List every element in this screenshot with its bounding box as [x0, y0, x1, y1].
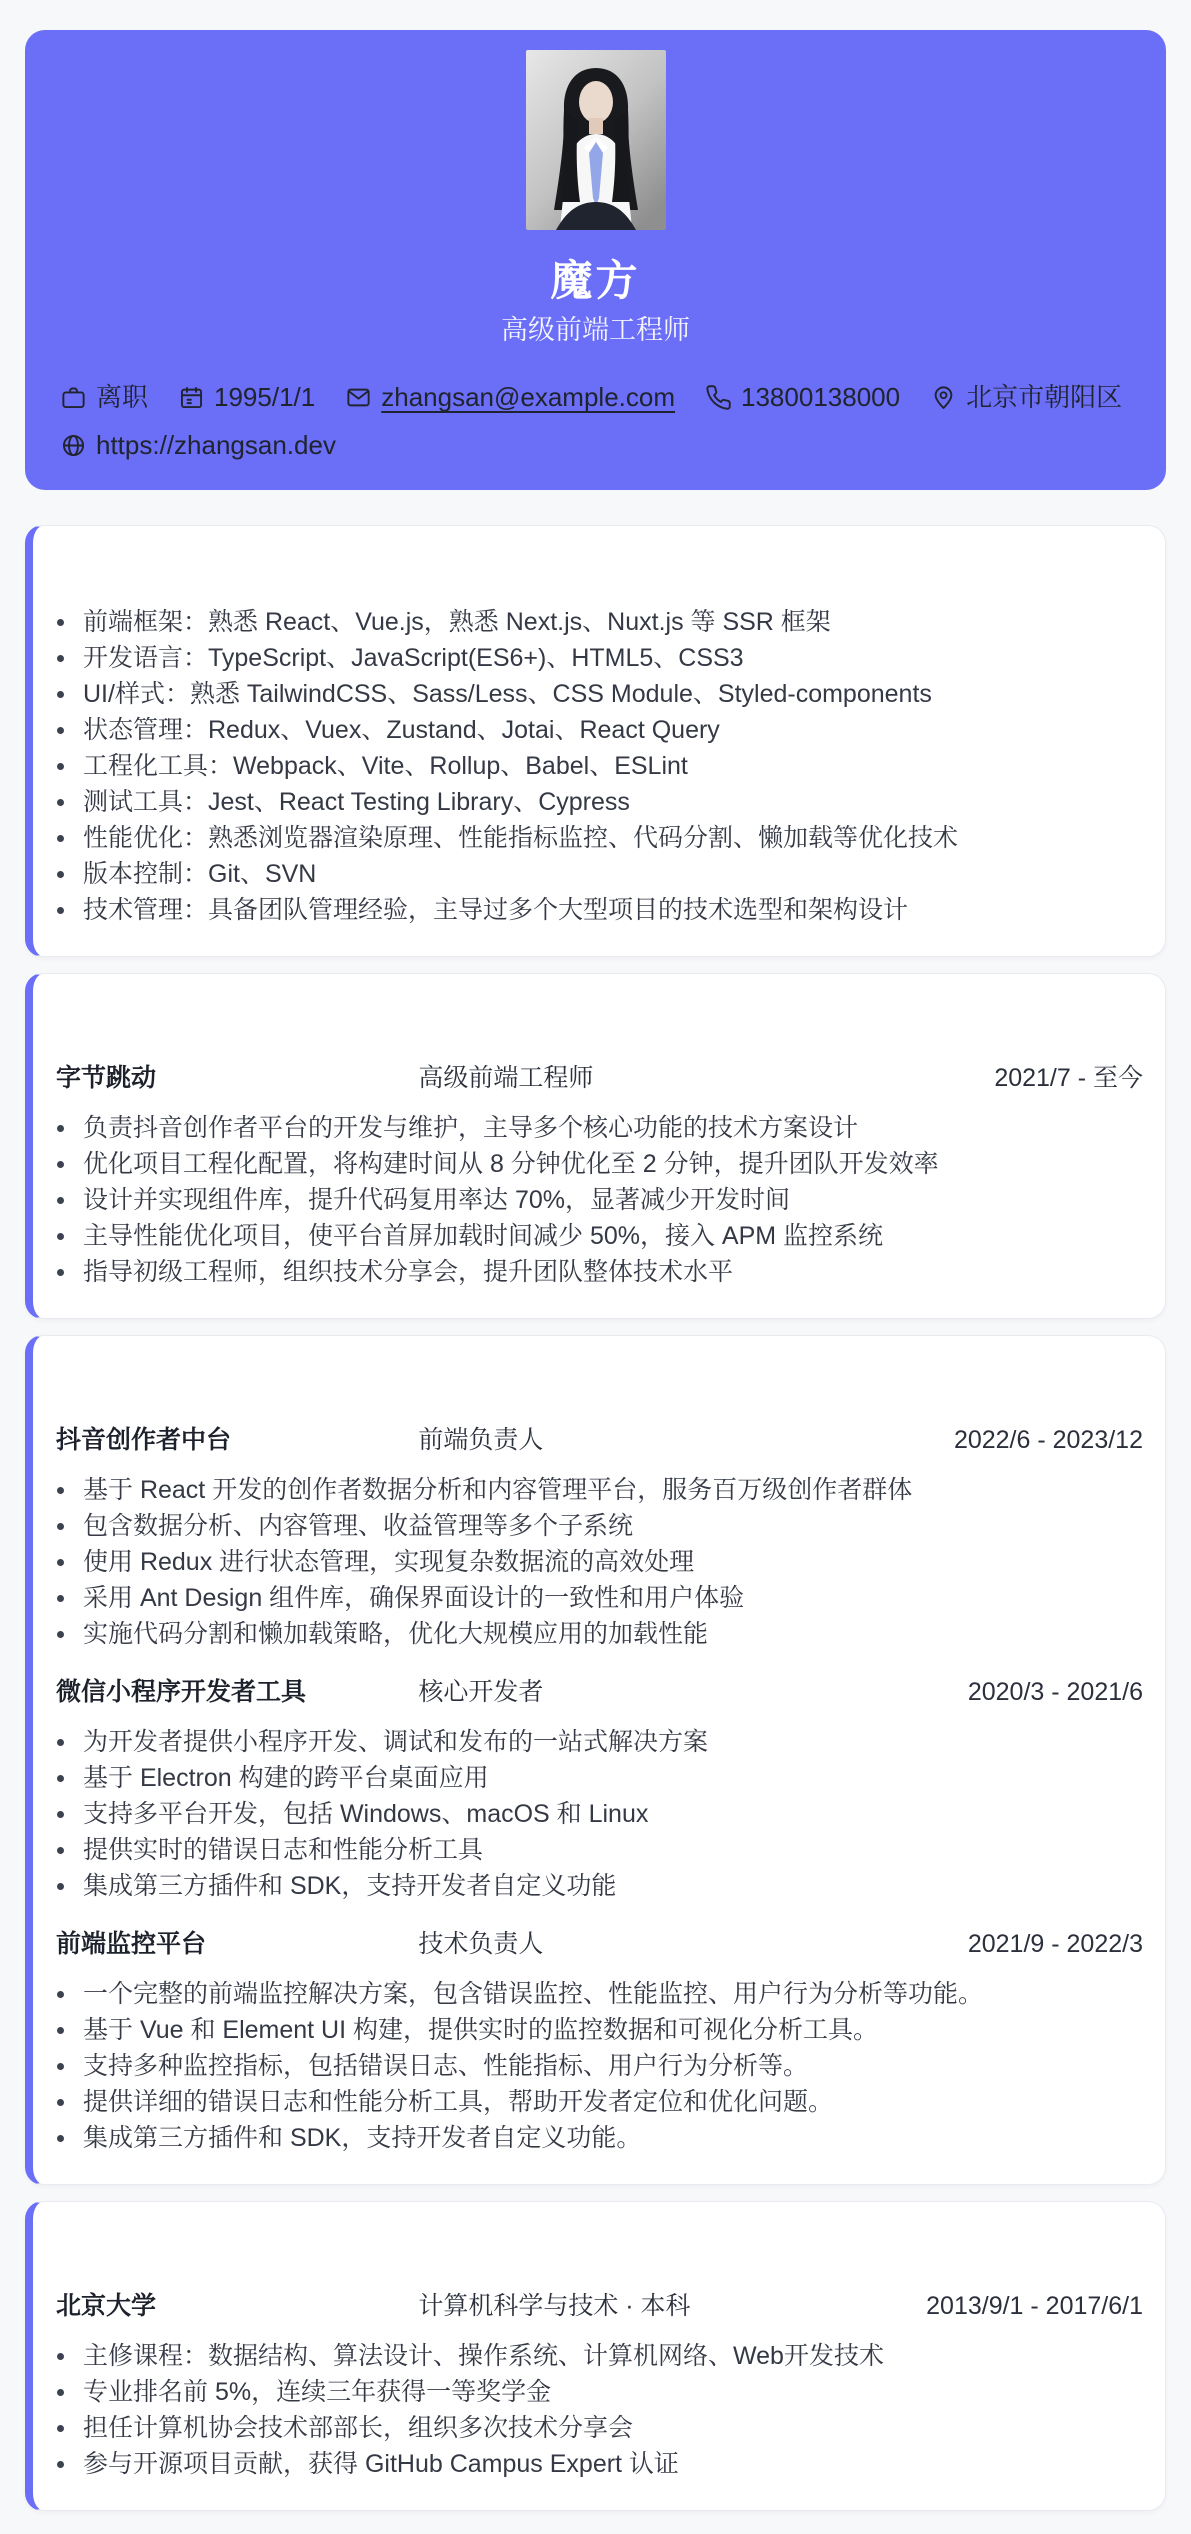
- bullet-dot: [57, 2425, 64, 2432]
- skill-item: UI/样式：熟悉 TailwindCSS、Sass/Less、CSS Modul…: [56, 676, 1143, 712]
- skill-text: 技术管理：具备团队管理经验，主导过多个大型项目的技术选型和架构设计: [83, 892, 908, 928]
- bullet-text: 专业排名前 5%，连续三年获得一等奖学金: [83, 2374, 551, 2410]
- bullet-text: 支持多种监控指标，包括错误日志、性能指标、用户行为分析等。: [83, 2048, 808, 2084]
- bullet-dot: [57, 619, 64, 626]
- bullet-dot: [57, 871, 64, 878]
- project-bullet: 基于 React 开发的创作者数据分析和内容管理平台，服务百万级创作者群体: [56, 1472, 1143, 1508]
- bullet-text: 设计并实现组件库，提升代码复用率达 70%，显著减少开发时间: [83, 1182, 790, 1218]
- project-bullet-list: 一个完整的前端监控解决方案，包含错误监控、性能监控、用户行为分析等功能。 基于 …: [56, 1976, 1143, 2156]
- bullet-text: 主导性能优化项目，使平台首屏加载时间减少 50%，接入 APM 监控系统: [83, 1218, 883, 1254]
- skill-text: 工程化工具：Webpack、Vite、Rollup、Babel、ESLint: [83, 748, 688, 784]
- date-range: 2022/6 - 2023/12: [781, 1422, 1143, 1458]
- bullet-text: 集成第三方插件和 SDK，支持开发者自定义功能: [83, 1868, 616, 1904]
- bullet-text: 基于 React 开发的创作者数据分析和内容管理平台，服务百万级创作者群体: [83, 1472, 912, 1508]
- mail-icon: [345, 384, 372, 411]
- experience-bullet: 指导初级工程师，组织技术分享会，提升团队整体技术水平: [56, 1254, 1143, 1290]
- skill-item: 性能优化：熟悉浏览器渲染原理、性能指标监控、代码分割、懒加载等优化技术: [56, 820, 1143, 856]
- project-bullet: 为开发者提供小程序开发、调试和发布的一站式解决方案: [56, 1724, 1143, 1760]
- bullet-text: 优化项目工程化配置，将构建时间从 8 分钟优化至 2 分钟，提升团队开发效率: [83, 1146, 939, 1182]
- skill-text: 版本控制：Git、SVN: [83, 856, 316, 892]
- bullet-text: 参与开源项目贡献，获得 GitHub Campus Expert 认证: [83, 2446, 679, 2482]
- project-bullet: 使用 Redux 进行状态管理，实现复杂数据流的高效处理: [56, 1544, 1143, 1580]
- project-name: 前端监控平台: [56, 1926, 418, 1962]
- experience-bullet: 设计并实现组件库，提升代码复用率达 70%，显著减少开发时间: [56, 1182, 1143, 1218]
- entry-header: 字节跳动 高级前端工程师 2021/7 - 至今: [56, 1060, 1143, 1096]
- bullet-dot: [57, 1739, 64, 1746]
- skill-text: 开发语言：TypeScript、JavaScript(ES6+)、HTML5、C…: [83, 640, 744, 676]
- project-bullet: 实施代码分割和懒加载策略，优化大规模应用的加载性能: [56, 1616, 1143, 1652]
- skill-item: 版本控制：Git、SVN: [56, 856, 1143, 892]
- bullet-dot: [57, 727, 64, 734]
- entry-header: 北京大学 计算机科学与技术 · 本科 2013/9/1 - 2017/6/1: [56, 2288, 1143, 2324]
- project-name: 微信小程序开发者工具: [56, 1674, 418, 1710]
- bullet-dot: [57, 1233, 64, 1240]
- bullet-text: 主修课程：数据结构、算法设计、操作系统、计算机网络、Web开发技术: [83, 2338, 884, 2374]
- entry-header: 前端监控平台 技术负责人 2021/9 - 2022/3: [56, 1926, 1143, 1962]
- skill-item: 技术管理：具备团队管理经验，主导过多个大型项目的技术选型和架构设计: [56, 892, 1143, 928]
- bullet-text: 基于 Electron 构建的跨平台桌面应用: [83, 1760, 489, 1796]
- bullet-dot: [57, 1269, 64, 1276]
- bullet-text: 基于 Vue 和 Element UI 构建，提供实时的监控数据和可视化分析工具…: [83, 2012, 878, 2048]
- bullet-dot: [57, 2135, 64, 2142]
- bullet-dot: [57, 1847, 64, 1854]
- project-bullet-list: 基于 React 开发的创作者数据分析和内容管理平台，服务百万级创作者群体 包含…: [56, 1472, 1143, 1652]
- bullet-dot: [57, 691, 64, 698]
- skills-list: 前端框架：熟悉 React、Vue.js，熟悉 Next.js、Nuxt.js …: [56, 604, 1143, 928]
- contact-website: https://zhangsan.dev: [60, 428, 336, 462]
- phone-text: 13800138000: [741, 380, 900, 414]
- bullet-dot: [57, 2099, 64, 2106]
- bullet-dot: [57, 1811, 64, 1818]
- project-bullet: 提供实时的错误日志和性能分析工具: [56, 1832, 1143, 1868]
- bullet-dot: [57, 1631, 64, 1638]
- project-entry: 前端监控平台 技术负责人 2021/9 - 2022/3 一个完整的前端监控解决…: [56, 1926, 1143, 2156]
- globe-icon: [60, 432, 87, 459]
- project-bullet: 一个完整的前端监控解决方案，包含错误监控、性能监控、用户行为分析等功能。: [56, 1976, 1143, 2012]
- major-degree: 计算机科学与技术 · 本科: [418, 2288, 780, 2324]
- contact-email: zhangsan@example.com: [345, 380, 675, 414]
- bullet-dot: [57, 2389, 64, 2396]
- skills-section: 前端框架：熟悉 React、Vue.js，熟悉 Next.js、Nuxt.js …: [25, 525, 1166, 957]
- experience-bullet: 主导性能优化项目，使平台首屏加载时间减少 50%，接入 APM 监控系统: [56, 1218, 1143, 1254]
- project-entry: 微信小程序开发者工具 核心开发者 2020/3 - 2021/6 为开发者提供小…: [56, 1674, 1143, 1904]
- bullet-dot: [57, 907, 64, 914]
- website-link[interactable]: https://zhangsan.dev: [96, 428, 336, 462]
- experience-bullet-list: 负责抖音创作者平台的开发与维护，主导多个核心功能的技术方案设计 优化项目工程化配…: [56, 1110, 1143, 1290]
- bullet-dot: [57, 1197, 64, 1204]
- education-bullet: 专业排名前 5%，连续三年获得一等奖学金: [56, 2374, 1143, 2410]
- bullet-text: 支持多平台开发，包括 Windows、macOS 和 Linux: [83, 1796, 648, 1832]
- experience-section: 字节跳动 高级前端工程师 2021/7 - 至今 负责抖音创作者平台的开发与维护…: [25, 973, 1166, 1319]
- contact-birthday: 1995/1/1: [178, 380, 315, 414]
- education-section: 北京大学 计算机科学与技术 · 本科 2013/9/1 - 2017/6/1 主…: [25, 2201, 1166, 2511]
- contact-list: 离职 1995/1/1 zhangsan@example.com: [60, 380, 1131, 462]
- bullet-text: 使用 Redux 进行状态管理，实现复杂数据流的高效处理: [83, 1544, 694, 1580]
- bullet-dot: [57, 1595, 64, 1602]
- project-bullet: 基于 Vue 和 Element UI 构建，提供实时的监控数据和可视化分析工具…: [56, 2012, 1143, 2048]
- bullet-text: 指导初级工程师，组织技术分享会，提升团队整体技术水平: [83, 1254, 733, 1290]
- email-link[interactable]: zhangsan@example.com: [381, 380, 675, 414]
- bullet-text: 一个完整的前端监控解决方案，包含错误监控、性能监控、用户行为分析等功能。: [83, 1976, 983, 2012]
- resume-page: 魔方 高级前端工程师 离职 1995/1/1: [0, 0, 1191, 2534]
- experience-bullet: 优化项目工程化配置，将构建时间从 8 分钟优化至 2 分钟，提升团队开发效率: [56, 1146, 1143, 1182]
- bullet-dot: [57, 655, 64, 662]
- project-role: 前端负责人: [418, 1422, 780, 1458]
- project-bullet-list: 为开发者提供小程序开发、调试和发布的一站式解决方案 基于 Electron 构建…: [56, 1724, 1143, 1904]
- education-bullet: 担任计算机协会技术部部长，组织多次技术分享会: [56, 2410, 1143, 2446]
- skill-text: 状态管理：Redux、Vuex、Zustand、Jotai、React Quer…: [83, 712, 720, 748]
- profile-photo: [526, 50, 666, 230]
- skill-text: 性能优化：熟悉浏览器渲染原理、性能指标监控、代码分割、懒加载等优化技术: [83, 820, 958, 856]
- phone-icon: [705, 384, 732, 411]
- company-name: 字节跳动: [56, 1060, 418, 1096]
- bullet-text: 提供详细的错误日志和性能分析工具，帮助开发者定位和优化问题。: [83, 2084, 833, 2120]
- contact-phone: 13800138000: [705, 380, 900, 414]
- bullet-dot: [57, 1559, 64, 1566]
- project-role: 技术负责人: [418, 1926, 780, 1962]
- skill-item: 前端框架：熟悉 React、Vue.js，熟悉 Next.js、Nuxt.js …: [56, 604, 1143, 640]
- bullet-text: 担任计算机协会技术部部长，组织多次技术分享会: [83, 2410, 633, 2446]
- bullet-dot: [57, 2353, 64, 2360]
- education-entry: 北京大学 计算机科学与技术 · 本科 2013/9/1 - 2017/6/1 主…: [56, 2288, 1143, 2482]
- project-bullet: 支持多种监控指标，包括错误日志、性能指标、用户行为分析等。: [56, 2048, 1143, 2084]
- bullet-text: 包含数据分析、内容管理、收益管理等多个子系统: [83, 1508, 633, 1544]
- bullet-dot: [57, 1161, 64, 1168]
- birthday-text: 1995/1/1: [214, 380, 315, 414]
- skill-item: 测试工具：Jest、React Testing Library、Cypress: [56, 784, 1143, 820]
- bullet-dot: [57, 1883, 64, 1890]
- skill-item: 状态管理：Redux、Vuex、Zustand、Jotai、React Quer…: [56, 712, 1143, 748]
- portrait-illustration: [526, 50, 666, 230]
- project-bullet: 集成第三方插件和 SDK，支持开发者自定义功能: [56, 1868, 1143, 1904]
- project-bullet: 基于 Electron 构建的跨平台桌面应用: [56, 1760, 1143, 1796]
- bullet-text: 提供实时的错误日志和性能分析工具: [83, 1832, 483, 1868]
- project-bullet: 包含数据分析、内容管理、收益管理等多个子系统: [56, 1508, 1143, 1544]
- bullet-dot: [57, 1775, 64, 1782]
- date-range: 2020/3 - 2021/6: [781, 1674, 1143, 1710]
- bullet-dot: [57, 1487, 64, 1494]
- experience-bullet: 负责抖音创作者平台的开发与维护，主导多个核心功能的技术方案设计: [56, 1110, 1143, 1146]
- education-bullet-list: 主修课程：数据结构、算法设计、操作系统、计算机网络、Web开发技术 专业排名前 …: [56, 2338, 1143, 2482]
- entry-header: 抖音创作者中台 前端负责人 2022/6 - 2023/12: [56, 1422, 1143, 1458]
- date-range: 2021/9 - 2022/3: [781, 1926, 1143, 1962]
- education-bullet: 主修课程：数据结构、算法设计、操作系统、计算机网络、Web开发技术: [56, 2338, 1143, 2374]
- project-bullet: 支持多平台开发，包括 Windows、macOS 和 Linux: [56, 1796, 1143, 1832]
- candidate-job-title: 高级前端工程师: [60, 314, 1131, 346]
- entry-header: 微信小程序开发者工具 核心开发者 2020/3 - 2021/6: [56, 1674, 1143, 1710]
- project-bullet: 集成第三方插件和 SDK，支持开发者自定义功能。: [56, 2120, 1143, 2156]
- contact-location: 北京市朝阳区: [930, 380, 1122, 414]
- school-name: 北京大学: [56, 2288, 418, 2324]
- bullet-text: 实施代码分割和懒加载策略，优化大规模应用的加载性能: [83, 1616, 708, 1652]
- bullet-dot: [57, 1125, 64, 1132]
- project-name: 抖音创作者中台: [56, 1422, 418, 1458]
- experience-entry: 字节跳动 高级前端工程师 2021/7 - 至今 负责抖音创作者平台的开发与维护…: [56, 1060, 1143, 1290]
- projects-section: 抖音创作者中台 前端负责人 2022/6 - 2023/12 基于 React …: [25, 1335, 1166, 2185]
- bullet-dot: [57, 2027, 64, 2034]
- skill-item: 开发语言：TypeScript、JavaScript(ES6+)、HTML5、C…: [56, 640, 1143, 676]
- map-pin-icon: [930, 384, 957, 411]
- bullet-text: 采用 Ant Design 组件库，确保界面设计的一致性和用户体验: [83, 1580, 744, 1616]
- project-role: 核心开发者: [418, 1674, 780, 1710]
- project-bullet: 采用 Ant Design 组件库，确保界面设计的一致性和用户体验: [56, 1580, 1143, 1616]
- bullet-text: 集成第三方插件和 SDK，支持开发者自定义功能。: [83, 2120, 641, 2156]
- calendar-icon: [178, 384, 205, 411]
- bullet-text: 为开发者提供小程序开发、调试和发布的一站式解决方案: [83, 1724, 708, 1760]
- job-role: 高级前端工程师: [418, 1060, 780, 1096]
- bullet-dot: [57, 2461, 64, 2468]
- candidate-name: 魔方: [60, 258, 1131, 304]
- skill-text: 测试工具：Jest、React Testing Library、Cypress: [83, 784, 630, 820]
- date-range: 2021/7 - 至今: [781, 1060, 1143, 1096]
- education-bullet: 参与开源项目贡献，获得 GitHub Campus Expert 认证: [56, 2446, 1143, 2482]
- bullet-dot: [57, 763, 64, 770]
- skill-text: UI/样式：熟悉 TailwindCSS、Sass/Less、CSS Modul…: [83, 676, 932, 712]
- bullet-dot: [57, 2063, 64, 2070]
- bullet-dot: [57, 835, 64, 842]
- briefcase-icon: [60, 384, 87, 411]
- bullet-text: 负责抖音创作者平台的开发与维护，主导多个核心功能的技术方案设计: [83, 1110, 858, 1146]
- project-entry: 抖音创作者中台 前端负责人 2022/6 - 2023/12 基于 React …: [56, 1422, 1143, 1652]
- bullet-dot: [57, 1523, 64, 1530]
- project-bullet: 提供详细的错误日志和性能分析工具，帮助开发者定位和优化问题。: [56, 2084, 1143, 2120]
- location-text: 北京市朝阳区: [966, 380, 1122, 414]
- status-text: 离职: [96, 380, 148, 414]
- bullet-dot: [57, 1991, 64, 1998]
- date-range: 2013/9/1 - 2017/6/1: [781, 2288, 1143, 2324]
- skill-text: 前端框架：熟悉 React、Vue.js，熟悉 Next.js、Nuxt.js …: [83, 604, 831, 640]
- skill-item: 工程化工具：Webpack、Vite、Rollup、Babel、ESLint: [56, 748, 1143, 784]
- resume-header: 魔方 高级前端工程师 离职 1995/1/1: [25, 30, 1166, 490]
- bullet-dot: [57, 799, 64, 806]
- contact-status: 离职: [60, 380, 148, 414]
